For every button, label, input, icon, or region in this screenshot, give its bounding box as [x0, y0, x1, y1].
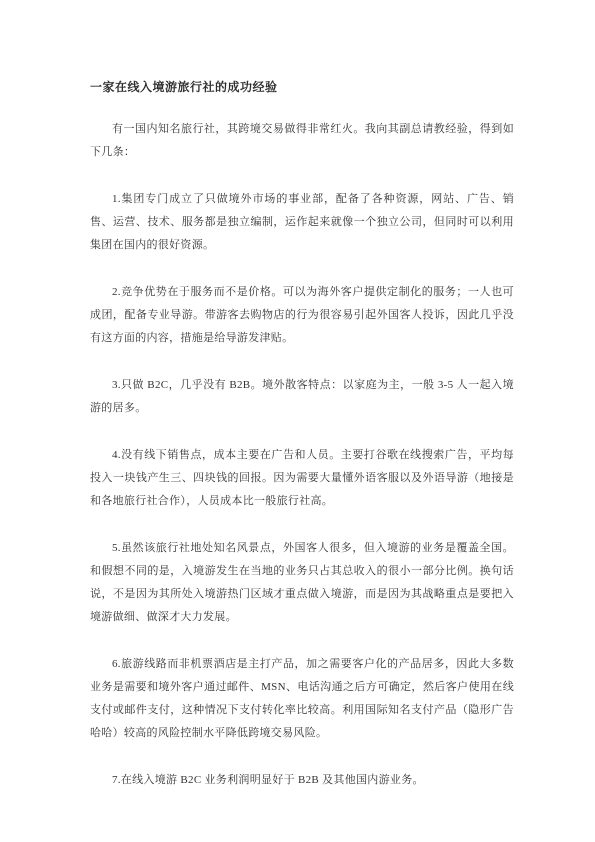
paragraph-item-6: 6.旅游线路而非机票酒店是主打产品，加之需要客户化的产品居多，因此大多数业务是需… — [90, 653, 514, 745]
paragraph-item-1: 1.集团专门成立了只做境外市场的事业部，配备了各种资源，网站、广告、销售、运营、… — [90, 188, 514, 257]
paragraph-item-2: 2.竞争优势在于服务而不是价格。可以为海外客户提供定制化的服务；一人也可成团，配… — [90, 281, 514, 350]
paragraph-item-3: 3.只做 B2C，几乎没有 B2B。境外散客特点：以家庭为主，一般 3-5 人一… — [90, 374, 514, 420]
paragraph-item-4: 4.没有线下销售点，成本主要在广告和人员。主要打谷歌在线搜索广告，平均每投入一块… — [90, 444, 514, 513]
document-title: 一家在线入境游旅行社的成功经验 — [90, 76, 514, 99]
document-content: 一家在线入境游旅行社的成功经验 有一国内知名旅行社，其跨境交易做得非常红火。我向… — [90, 76, 514, 792]
document-page: 一家在线入境游旅行社的成功经验 有一国内知名旅行社，其跨境交易做得非常红火。我向… — [0, 0, 595, 842]
paragraph-item-7: 7.在线入境游 B2C 业务利润明显好于 B2B 及其他国内游业务。 — [90, 769, 514, 792]
paragraph-item-5: 5.虽然该旅行社地处知名风景点，外国客人很多，但入境游的业务是覆盖全国。和假想不… — [90, 537, 514, 629]
paragraph-intro: 有一国内知名旅行社，其跨境交易做得非常红火。我向其副总请教经验，得到如下几条： — [90, 118, 514, 164]
